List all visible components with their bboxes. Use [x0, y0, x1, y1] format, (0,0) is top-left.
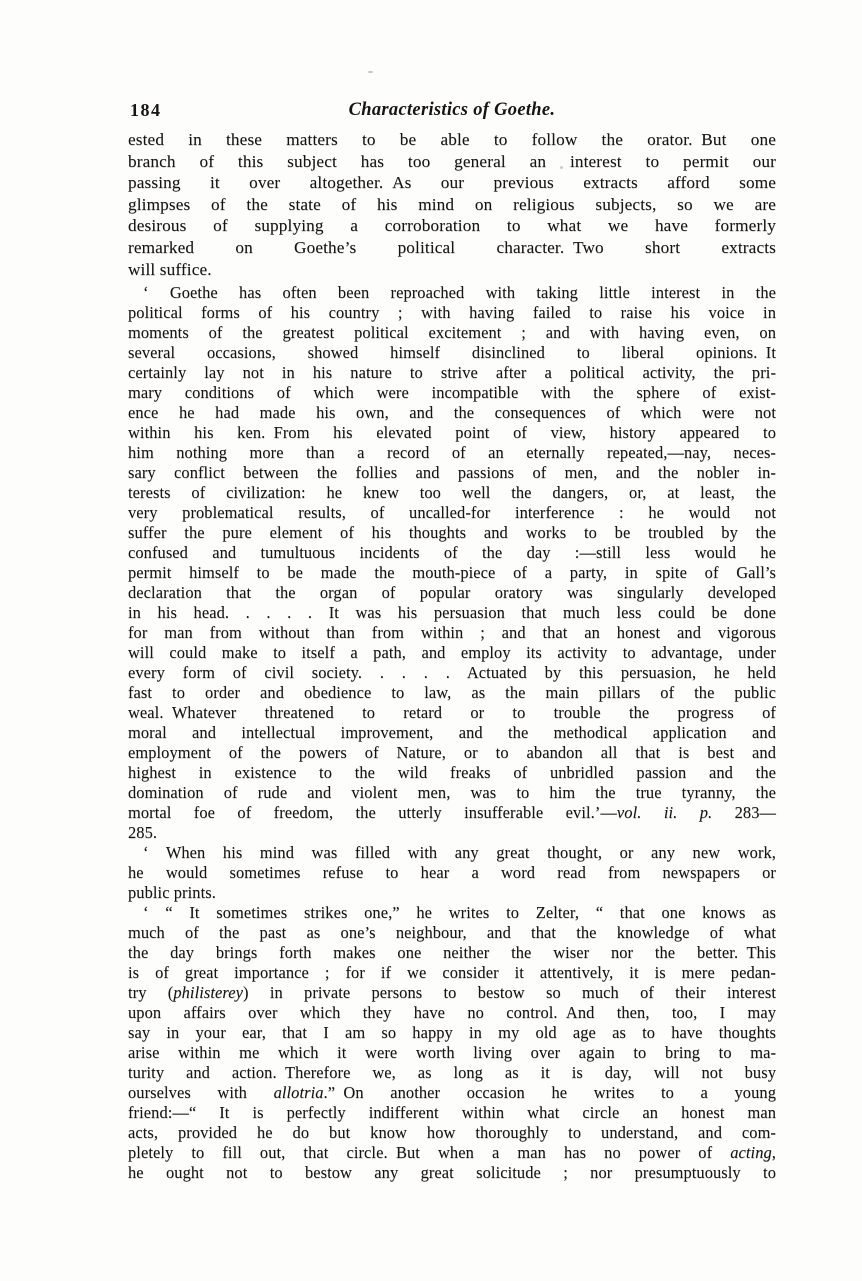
text-line: 285. — [128, 823, 776, 843]
book-page: 184 Characteristics of Goethe. ested in … — [0, 0, 862, 1281]
text-line: desirous of supplying a corroboration to… — [128, 215, 776, 237]
text-line: every form of civil society. . . . . Act… — [128, 663, 776, 683]
italic-text: allotria — [274, 1083, 324, 1102]
text-line: acts, provided he do but know how thorou… — [128, 1123, 776, 1143]
text-line: permit himself to be made the mouth-piec… — [128, 563, 776, 583]
text-line: suffer the pure element of his thoughts … — [128, 523, 776, 543]
text-line: pletely to fill out, that circle. But wh… — [128, 1143, 776, 1163]
text-line: certainly lay not in his nature to striv… — [128, 363, 776, 383]
text-line: mary conditions of which were incompatib… — [128, 383, 776, 403]
italic-text: philisterey — [173, 983, 243, 1002]
text-line: domination of rude and violent men, was … — [128, 783, 776, 803]
text-line: public prints. — [128, 883, 776, 903]
text-line: fast to order and obedience to law, as t… — [128, 683, 776, 703]
text-line: within his ken. From his elevated point … — [128, 423, 776, 443]
text-line: ‘ “ It sometimes strikes one,” he writes… — [128, 903, 776, 923]
text-line: remarked on Goethe’s political character… — [128, 237, 776, 259]
text-line: upon affairs over which they have no con… — [128, 1003, 776, 1023]
text-line: mortal foe of freedom, the utterly insuf… — [128, 803, 776, 823]
text-line: turity and action. Therefore we, as long… — [128, 1063, 776, 1083]
paragraph: ‘ “ It sometimes strikes one,” he writes… — [128, 903, 776, 1183]
text-line: ested in these matters to be able to fol… — [128, 129, 776, 151]
paragraph: ested in these matters to be able to fol… — [128, 129, 776, 280]
text-line: friend:—“ It is perfectly indifferent wi… — [128, 1103, 776, 1123]
text-line: is of great importance ; for if we consi… — [128, 963, 776, 983]
text-line: confused and tumultuous incidents of the… — [128, 543, 776, 563]
italic-text: vol. ii. p. — [617, 803, 712, 822]
text-line: he ought not to bestow any great solicit… — [128, 1163, 776, 1183]
text-line: arise within me which it were worth livi… — [128, 1043, 776, 1063]
text-line: will could make to itself a path, and em… — [128, 643, 776, 663]
text-line: ence he had made his own, and the conseq… — [128, 403, 776, 423]
text-line: very problematical results, of uncalled-… — [128, 503, 776, 523]
paragraph: ‘ When his mind was filled with any grea… — [128, 843, 776, 903]
text-line: political forms of his country ; with ha… — [128, 303, 776, 323]
text-line: declaration that the organ of popular or… — [128, 583, 776, 603]
text-line: moments of the greatest political excite… — [128, 323, 776, 343]
text-line: passing it over altogether. As our previ… — [128, 172, 776, 194]
text-line: ‘ Goethe has often been reproached with … — [128, 283, 776, 303]
text-line: several occasions, showed himself disinc… — [128, 343, 776, 363]
text-line: sary conflict between the follies and pa… — [128, 463, 776, 483]
running-title: Characteristics of Goethe. — [128, 99, 776, 121]
text-line: try (philisterey) in private persons to … — [128, 983, 776, 1003]
text-line: in his head. . . . . It was his persuasi… — [128, 603, 776, 623]
scan-speck — [368, 71, 373, 73]
text-line: branch of this subject has too general a… — [128, 151, 776, 173]
page-header: 184 Characteristics of Goethe. — [128, 99, 776, 125]
page-number: 184 — [130, 100, 162, 121]
text-line: him nothing more than a record of an ete… — [128, 443, 776, 463]
text-line: terests of civilization: he knew too wel… — [128, 483, 776, 503]
text-line: the day brings forth makes one neither t… — [128, 943, 776, 963]
text-line: moral and intellectual improvement, and … — [128, 723, 776, 743]
text-line: much of the past as one’s neighbour, and… — [128, 923, 776, 943]
text-line: employment of the powers of Nature, or t… — [128, 743, 776, 763]
text-line: he would sometimes refuse to hear a word… — [128, 863, 776, 883]
text-line: will suffice. — [128, 259, 776, 281]
text-line: for man from without than from within ; … — [128, 623, 776, 643]
text-line: ‘ When his mind was filled with any grea… — [128, 843, 776, 863]
text-line: say in your ear, that I am so happy in m… — [128, 1023, 776, 1043]
text-line: ourselves with allotria.” On another occ… — [128, 1083, 776, 1103]
text-line: glimpses of the state of his mind on rel… — [128, 194, 776, 216]
italic-text: acting — [730, 1143, 772, 1162]
text-line: highest in existence to the wild freaks … — [128, 763, 776, 783]
paragraph: ‘ Goethe has often been reproached with … — [128, 283, 776, 843]
text-line: weal. Whatever threatened to retard or t… — [128, 703, 776, 723]
page-body: ested in these matters to be able to fol… — [128, 129, 776, 1183]
